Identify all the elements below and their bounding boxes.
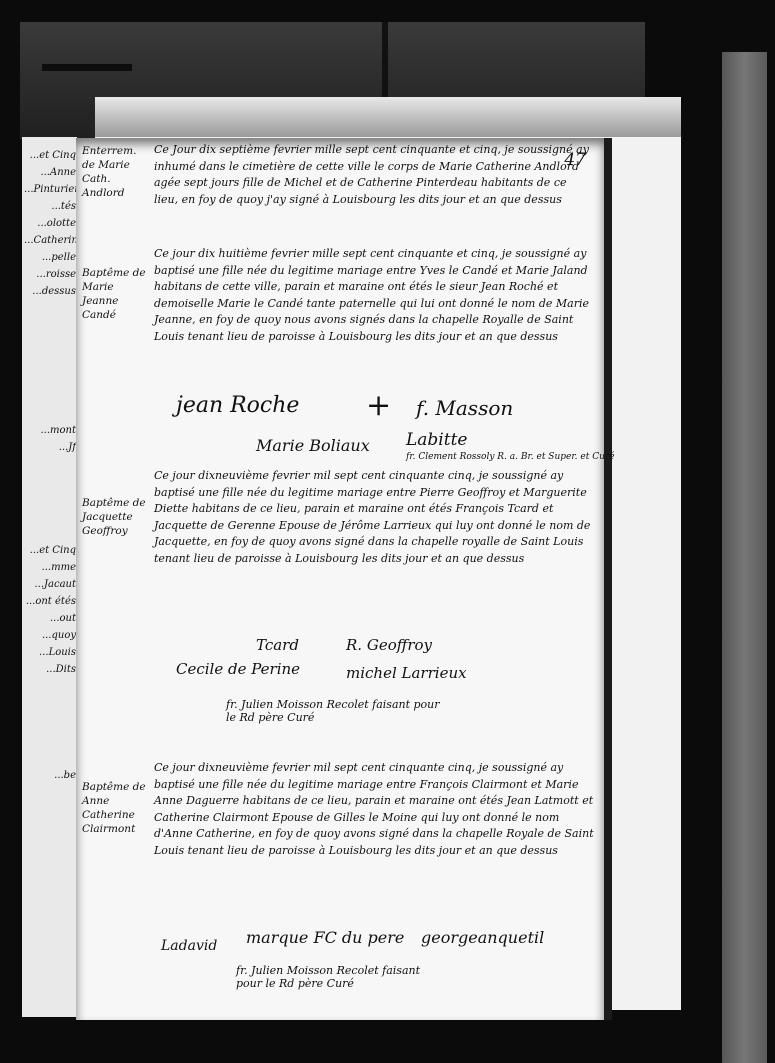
fragment: ...ont étés — [24, 593, 76, 610]
signature: f. Masson — [416, 396, 513, 420]
signature: michel Larrieux — [346, 664, 467, 682]
fragment: ...out — [24, 610, 76, 627]
margin-note-burial: Enterrem. de Marie Cath. Andlord — [82, 144, 152, 200]
fragment: ...be — [24, 767, 76, 784]
signature: Ladavid — [161, 938, 217, 954]
signature: jean Roche — [176, 393, 299, 418]
entry-burial: Ce Jour dix septième fevrier mille sept … — [154, 142, 594, 208]
entry-baptism-candé: Ce jour dix huitième fevrier mille sept … — [154, 246, 594, 345]
entry-baptism-clairmont: Ce jour dixneuvième fevrier mil sept cen… — [154, 760, 594, 859]
left-page-fragments-bottom: ...be — [24, 767, 76, 784]
fragment: ...roisse — [24, 266, 76, 283]
entry-baptism-geoffroy: Ce jour dixneuvième fevrier mil sept cen… — [154, 468, 594, 567]
margin-note-baptism-candé: Baptême de Marie Jeanne Candé — [82, 266, 152, 322]
left-page-edge: ...et Cinq ...Anne ...Pinturier ...tés .… — [22, 137, 79, 1017]
fragment: ...Jf — [24, 439, 76, 456]
register-page: 47 Enterrem. de Marie Cath. Andlord Ce J… — [76, 138, 612, 1020]
fragment: ...mme — [24, 559, 76, 576]
fragment: ...olotte — [24, 215, 76, 232]
signature: Marie Boliaux — [256, 436, 370, 455]
signature: Labitte — [406, 430, 467, 450]
fragment: ...mont — [24, 422, 76, 439]
fragment: ...Pinturier — [24, 181, 76, 198]
signature: fr. Julien Moisson Recolet faisant pour … — [226, 698, 446, 724]
signature: fr. Clement Rossoly R. a. Br. et Super. … — [406, 452, 615, 462]
signature: Tcard — [256, 636, 299, 654]
fragment: ...Jacaut — [24, 576, 76, 593]
signature-cross: + — [366, 388, 391, 423]
left-page-fragments-low: ...et Cinq ...mme ...Jacaut ...ont étés … — [24, 542, 76, 678]
fragment: ...quoy — [24, 627, 76, 644]
backing-shadow — [95, 97, 681, 137]
signature: Cecile de Perine — [176, 660, 300, 678]
signature: fr. Julien Moisson Recolet faisant pour … — [236, 964, 436, 990]
margin-note-baptism-clairmont: Baptême de Anne Catherine Clairmont — [82, 780, 152, 836]
fragment: ...et Cinq — [24, 147, 76, 164]
fragment: ...Louis — [24, 644, 76, 661]
scanner-clip — [42, 64, 132, 71]
left-page-fragments-mid: ...mont ...Jf — [24, 422, 76, 456]
fragment: ...pelle — [24, 249, 76, 266]
signature: marque FC du pere — [246, 928, 404, 947]
margin-note-baptism-geoffroy: Baptême de Jacquette Geoffroy — [82, 496, 152, 538]
fragment: ...dessus — [24, 283, 76, 300]
signature: georgeanquetil — [421, 928, 544, 947]
fragment: ...Dits — [24, 661, 76, 678]
scanner-background-right — [722, 52, 767, 1063]
fragment: ...Catherine — [24, 232, 76, 249]
fragment: ...et Cinq — [24, 542, 76, 559]
signature: R. Geoffroy — [346, 636, 432, 654]
fragment: ...Anne — [24, 164, 76, 181]
fragment: ...tés — [24, 198, 76, 215]
left-page-fragments-top: ...et Cinq ...Anne ...Pinturier ...tés .… — [24, 147, 76, 300]
